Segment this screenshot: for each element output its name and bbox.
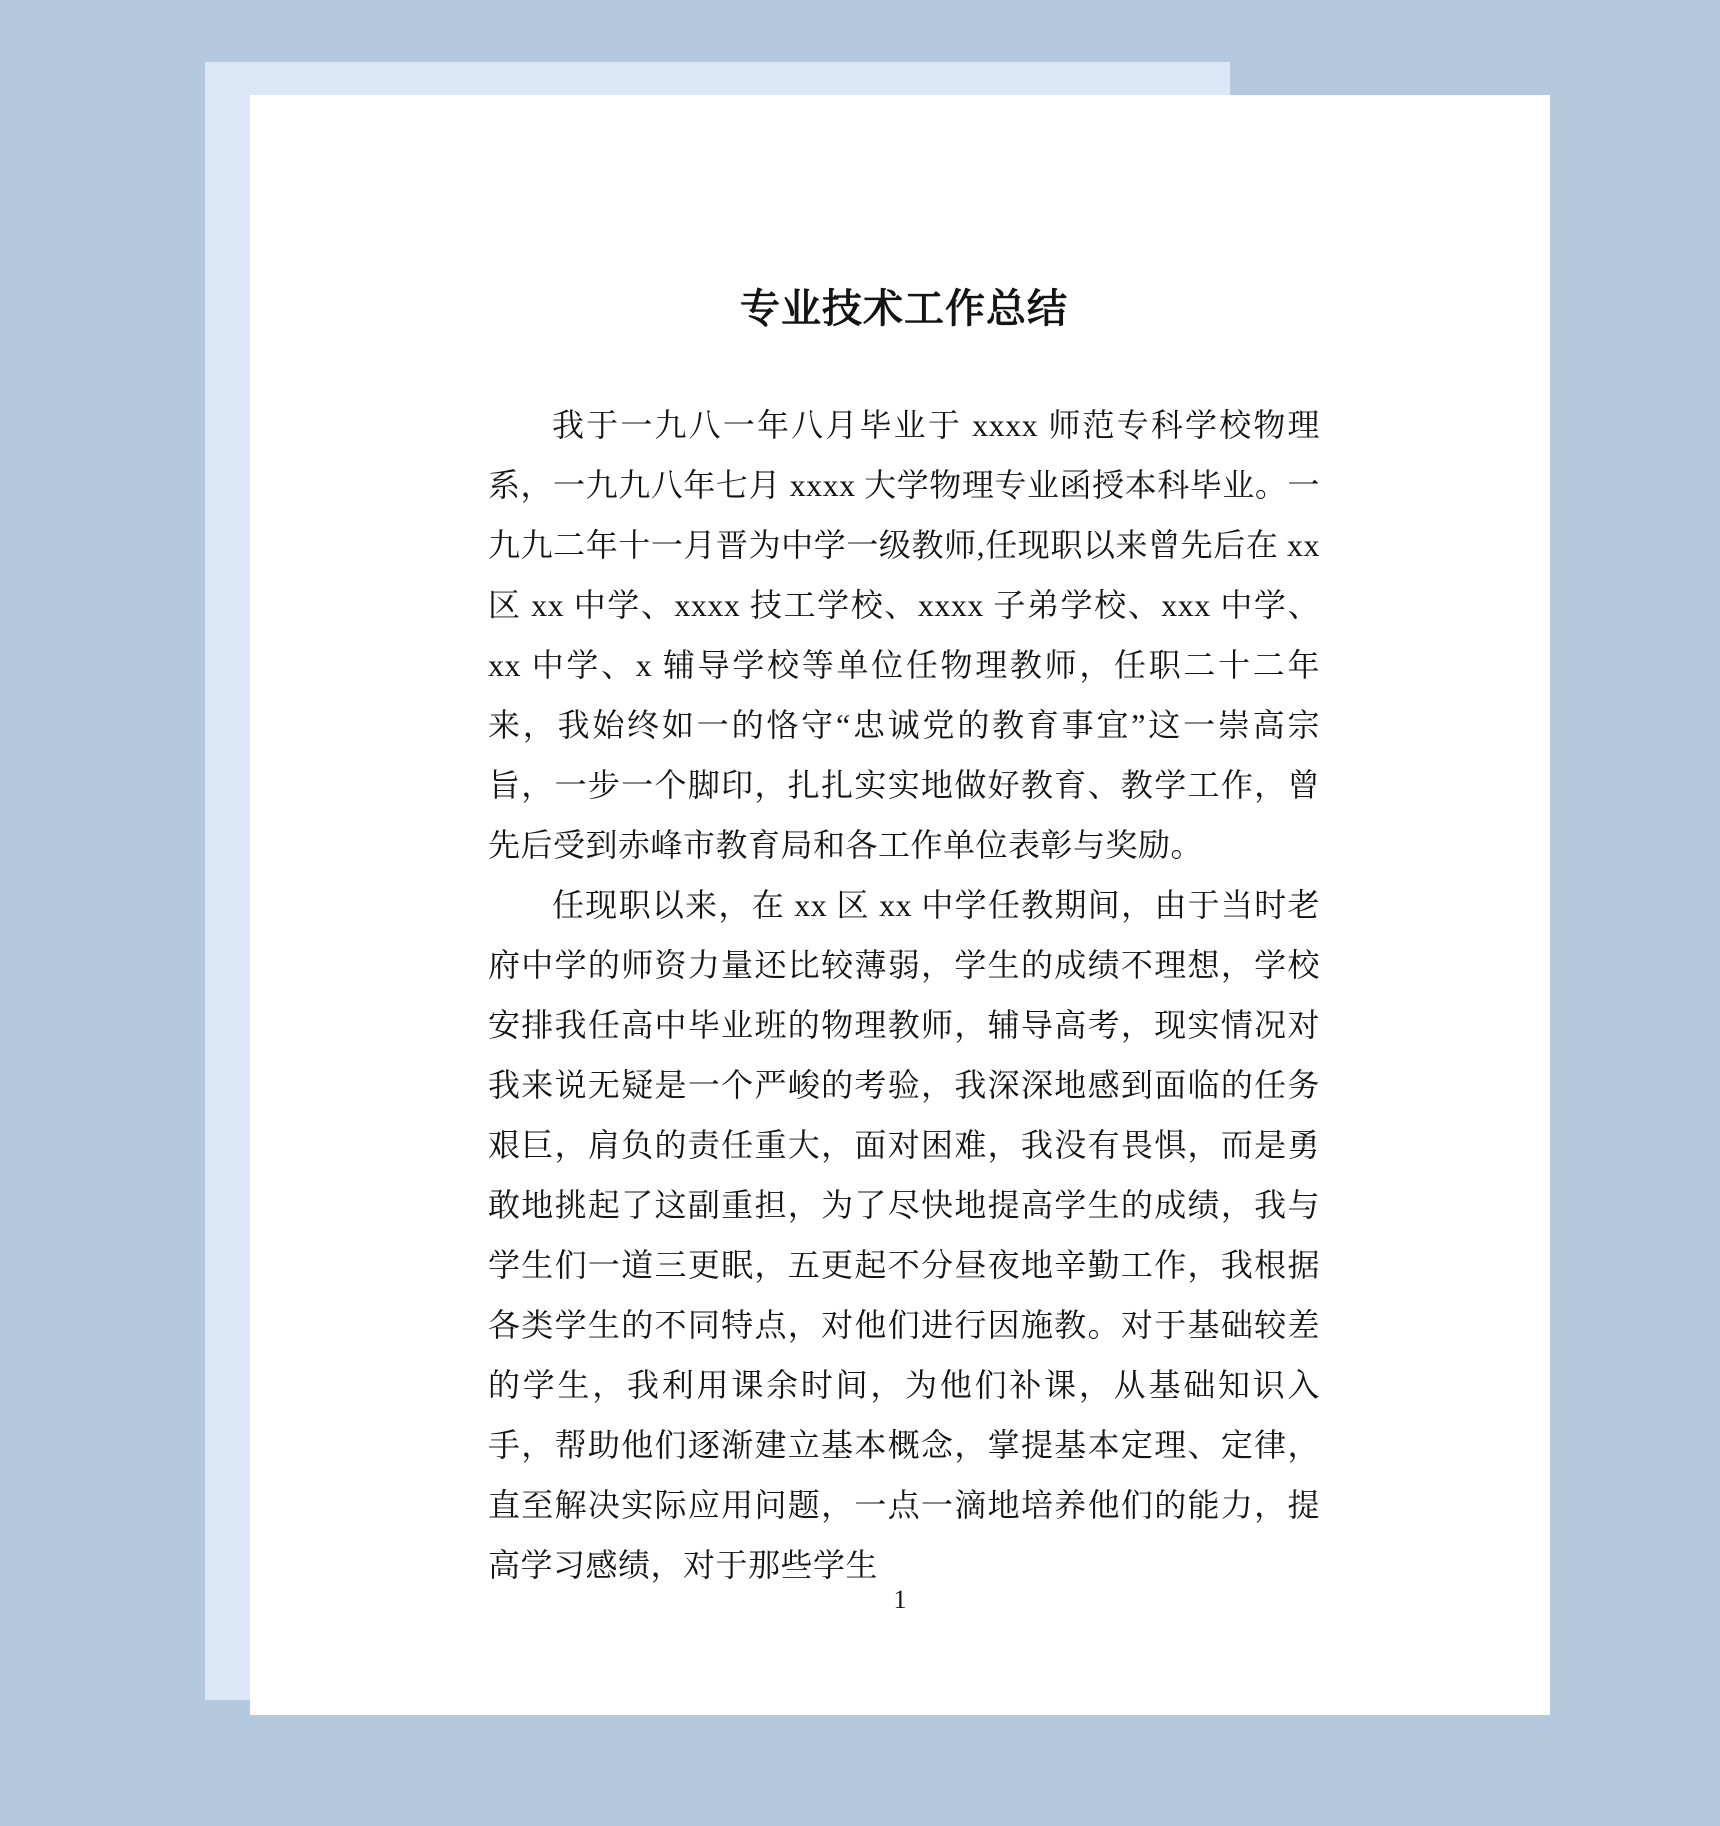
document-title: 专业技术工作总结 xyxy=(488,285,1320,333)
page-number: 1 xyxy=(250,1585,1550,1615)
paragraph-1: 我于一九八一年八月毕业于 xxxx 师范专科学校物理系，一九九八年七月 xxxx… xyxy=(488,395,1320,875)
document-viewer-background: 专业技术工作总结 我于一九八一年八月毕业于 xxxx 师范专科学校物理系，一九九… xyxy=(0,0,1720,1826)
document-page: 专业技术工作总结 我于一九八一年八月毕业于 xxxx 师范专科学校物理系，一九九… xyxy=(250,95,1550,1715)
paragraph-2: 任现职以来，在 xx 区 xx 中学任教期间，由于当时老府中学的师资力量还比较薄… xyxy=(488,875,1320,1595)
document-body: 我于一九八一年八月毕业于 xxxx 师范专科学校物理系，一九九八年七月 xxxx… xyxy=(488,395,1320,1595)
